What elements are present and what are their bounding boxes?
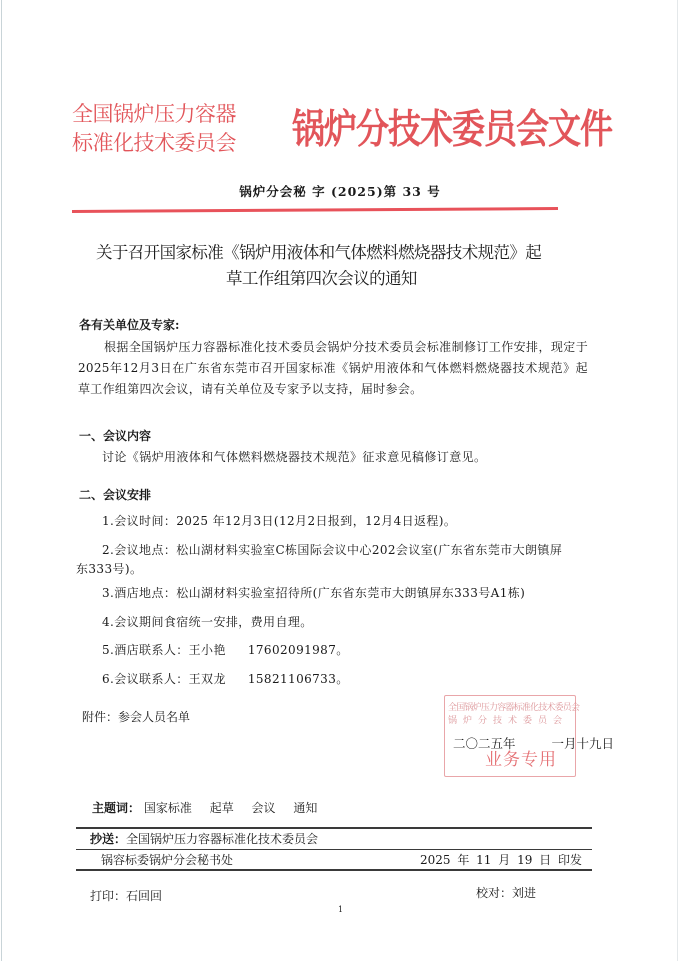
seal-text: 全国锅炉压力容器标准化技术委员会 <box>448 700 579 713</box>
document-banner: 锅炉分技术委员会文件 <box>292 98 612 154</box>
intro-paragraph: 根据全国锅炉压力容器标准化技术委员会锅炉分技术委员会标准制修订工作安排，现定于2… <box>78 337 588 400</box>
arrangement-item-continuation: 东333号)。 <box>76 560 142 577</box>
arrangement-item: 4.会议期间食宿统一安排，费用自理。 <box>102 613 313 630</box>
keywords-label: 主题词： <box>92 801 140 815</box>
signature-year: 二〇二五年 <box>453 736 516 751</box>
cc-value: 全国锅炉压力容器标准化技术委员会 <box>126 832 318 846</box>
contact-phone: 17602091987。 <box>248 641 349 658</box>
document-number: 锅炉分会秘 字 (2025)第 33 号 <box>0 182 680 200</box>
contact-phone: 15821106733。 <box>248 670 349 687</box>
title-line: 草工作组第四次会议的通知 <box>96 266 516 292</box>
arrangement-item: 6.会议联系人：王双龙15821106733。 <box>102 670 349 687</box>
salutation: 各有关单位及专家: <box>79 316 179 333</box>
printer: 打印：石回回 <box>90 887 162 904</box>
section-heading-arrangements: 二、会议安排 <box>79 486 151 503</box>
page-number: 1 <box>338 905 343 914</box>
issue-date: 2025 年 11 月 19 日 印发 <box>420 851 582 868</box>
attachment-note: 附件：参会人员名单 <box>82 708 190 725</box>
proofreader: 校对：刘进 <box>476 884 536 901</box>
footer-rule <box>76 869 592 871</box>
cc-row: 抄送：全国锅炉压力容器标准化技术委员会 <box>90 830 318 847</box>
seal-text: 锅炉分技术委员会 <box>448 713 568 726</box>
section-heading-content: 一、会议内容 <box>79 427 151 444</box>
footer-rule <box>76 849 592 850</box>
cc-label: 抄送： <box>90 832 126 846</box>
keyword: 会议 <box>252 801 276 815</box>
org-line: 标准化技术委员会 <box>72 129 262 158</box>
contact-label: 5.酒店联系人：王小艳 <box>102 643 226 657</box>
page-edge <box>677 0 678 961</box>
red-header-rule <box>72 207 558 213</box>
arrangement-item: 1.会议时间：2025 年12月3日(12月2日报到，12月4日返程)。 <box>102 512 456 529</box>
issuing-organization: 全国锅炉压力容器 标准化技术委员会 <box>72 100 262 158</box>
section-content: 讨论《锅炉用液体和气体燃料燃烧器技术规范》征求意见稿修订意见。 <box>102 448 486 465</box>
keyword: 国家标准 <box>144 801 192 815</box>
signature-date: 二〇二五年一月十九日 <box>453 734 614 752</box>
contact-label: 6.会议联系人：王双龙 <box>102 672 226 686</box>
arrangement-item: 2.会议地点：松山湖材料实验室C栋国际会议中心202会议室(广东省东莞市大朗镇屏 <box>102 541 562 558</box>
issuer: 锅容标委锅炉分会秘书处 <box>101 851 233 868</box>
org-line: 全国锅炉压力容器 <box>72 100 262 129</box>
arrangement-item: 3.酒店地点：松山湖材料实验室招待所(广东省东莞市大朗镇屏东333号A1栋) <box>102 584 525 601</box>
footer-rule <box>76 827 592 829</box>
signature-month-day: 一月十九日 <box>552 736 615 751</box>
document-title: 关于召开国家标准《锅炉用液体和气体燃料燃烧器技术规范》起 草工作组第四次会议的通… <box>96 240 516 292</box>
keyword: 通知 <box>293 801 317 815</box>
arrangement-item: 5.酒店联系人：王小艳17602091987。 <box>102 641 349 658</box>
page-edge <box>1 0 2 961</box>
keyword: 起草 <box>210 801 234 815</box>
keywords-row: 主题词： 国家标准 起草 会议 通知 <box>92 799 331 816</box>
title-line: 关于召开国家标准《锅炉用液体和气体燃料燃烧器技术规范》起 <box>96 240 516 266</box>
